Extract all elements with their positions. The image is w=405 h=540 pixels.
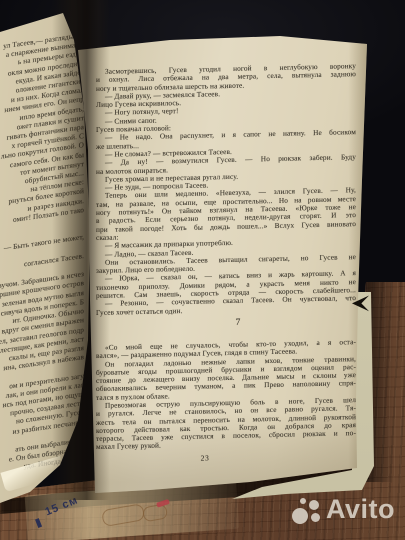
right-page-text: Засмотревшись, Гусев угодил ногой в негл… <box>96 62 356 465</box>
right-page-paragraphs-bottom: «Со мной еще не случалось, чтобы кто-то … <box>96 338 356 452</box>
right-page: Засмотревшись, Гусев угодил ногой в негл… <box>76 34 372 496</box>
avito-logo-dot-icon <box>300 498 306 504</box>
book-photo-scene: 15 см ул Тасеев,— разглядываяа снаряжени… <box>0 0 405 540</box>
avito-watermark-text: Avito <box>326 494 395 525</box>
avito-logo-dot-icon <box>292 508 308 524</box>
ruler-scale-label: 15 см <box>43 494 80 518</box>
avito-watermark: Avito <box>292 492 404 538</box>
avito-logo-dot-icon <box>309 500 319 510</box>
stencil-outline-large <box>101 503 145 527</box>
right-page-paragraphs-top: Засмотревшись, Гусев угодил ногой в негл… <box>96 62 356 317</box>
avito-logo-dot-icon <box>311 513 320 522</box>
chapter-number: 7 <box>96 315 356 331</box>
left-page-text: ул Тасеев,— разглядываяа снаряжение выни… <box>0 30 84 493</box>
ruler-tick-mark <box>35 518 42 528</box>
stencil-outline-small <box>142 503 168 522</box>
page-number: 23 <box>96 450 356 465</box>
